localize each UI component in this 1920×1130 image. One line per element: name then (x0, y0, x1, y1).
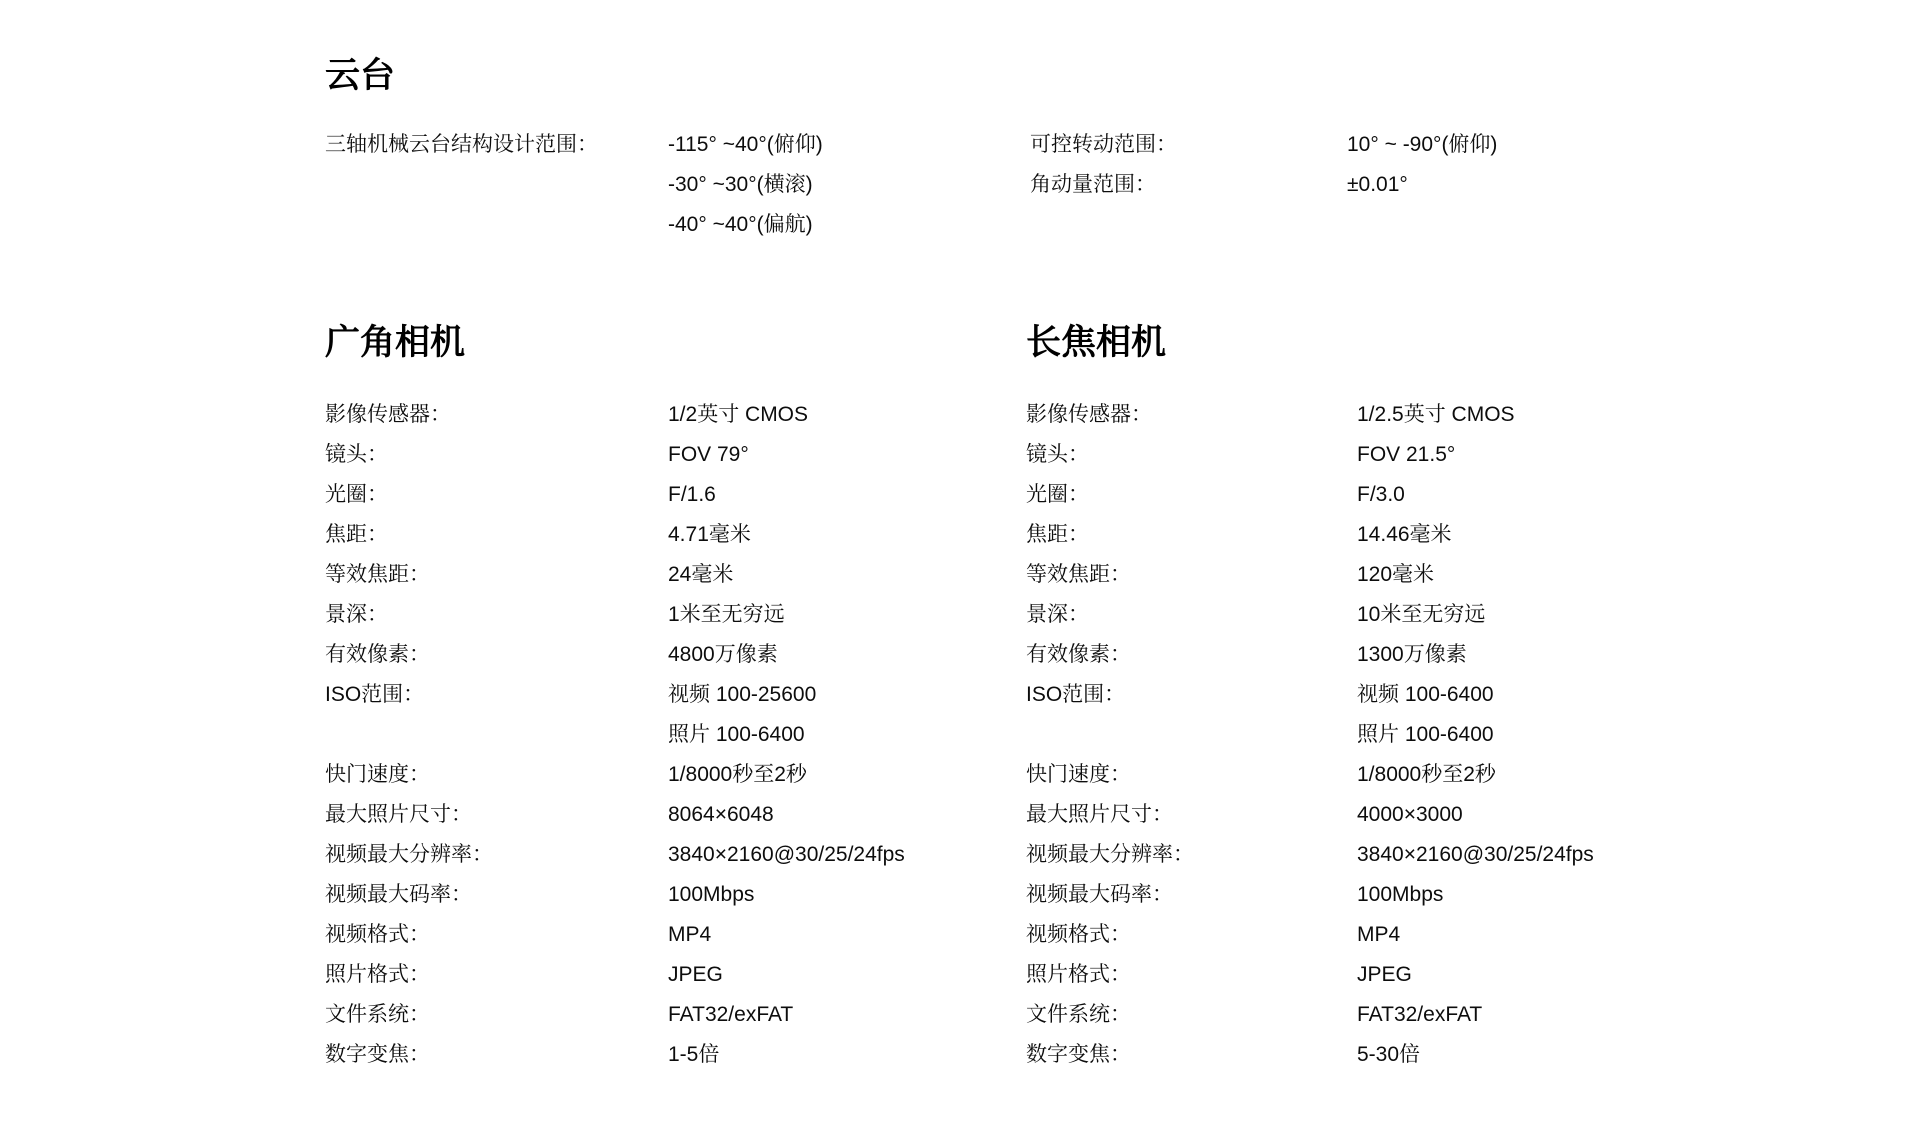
spec-value-line: MP4 (668, 915, 711, 955)
spec-value-line: JPEG (668, 955, 723, 995)
spec-value-line: 24毫米 (668, 555, 733, 595)
spec-value: ±0.01° (1347, 165, 1408, 205)
spec-row: 照片格式：JPEG (325, 955, 905, 995)
tele-camera-section-title: 长焦相机 (1026, 322, 1166, 364)
spec-row: 影像传感器：1/2英寸 CMOS (325, 395, 905, 435)
spec-value: MP4 (668, 915, 711, 955)
spec-label: 数字变焦： (1026, 1035, 1357, 1075)
spec-value-line: FOV 79° (668, 435, 749, 475)
spec-label: ISO范围： (1026, 675, 1357, 715)
spec-row: 最大照片尺寸：4000×3000 (1026, 795, 1594, 835)
spec-label: 可控转动范围： (1030, 125, 1347, 165)
spec-row: 有效像素：4800万像素 (325, 635, 905, 675)
spec-label: 有效像素： (325, 635, 668, 675)
spec-value: 8064×6048 (668, 795, 774, 835)
spec-row: 最大照片尺寸：8064×6048 (325, 795, 905, 835)
spec-label: 光圈： (325, 475, 668, 515)
spec-value-line: FAT32/exFAT (668, 995, 793, 1035)
spec-value: 100Mbps (1357, 875, 1443, 915)
spec-row: 光圈：F/1.6 (325, 475, 905, 515)
spec-label: 文件系统： (1026, 995, 1357, 1035)
spec-label: 角动量范围： (1030, 165, 1347, 205)
spec-value-line: 3840×2160@30/25/24fps (668, 835, 905, 875)
spec-value-line: FOV 21.5° (1357, 435, 1455, 475)
spec-label: 光圈： (1026, 475, 1357, 515)
spec-row: ISO范围：视频 100-25600照片 100-6400 (325, 675, 905, 755)
spec-row: 等效焦距：24毫米 (325, 555, 905, 595)
spec-value-line: 1/2英寸 CMOS (668, 395, 808, 435)
spec-label: 镜头： (1026, 435, 1357, 475)
spec-row: 数字变焦：1-5倍 (325, 1035, 905, 1075)
spec-row: 视频最大码率：100Mbps (1026, 875, 1594, 915)
spec-value-line: 10° ~ -90°(俯仰) (1347, 125, 1497, 165)
spec-label: 有效像素： (1026, 635, 1357, 675)
spec-row: 快门速度：1/8000秒至2秒 (325, 755, 905, 795)
spec-value: MP4 (1357, 915, 1400, 955)
spec-value: FAT32/exFAT (668, 995, 793, 1035)
spec-label: ISO范围： (325, 675, 668, 715)
spec-value-line: 1-5倍 (668, 1035, 719, 1075)
spec-row: 光圈：F/3.0 (1026, 475, 1594, 515)
spec-row: 快门速度：1/8000秒至2秒 (1026, 755, 1594, 795)
spec-value-line: 1/2.5英寸 CMOS (1357, 395, 1515, 435)
spec-value-line: 视频 100-6400 (1357, 675, 1494, 715)
spec-value: 1/8000秒至2秒 (668, 755, 807, 795)
spec-value-line: 1/8000秒至2秒 (1357, 755, 1496, 795)
spec-value: FOV 79° (668, 435, 749, 475)
spec-label: 视频格式： (325, 915, 668, 955)
spec-row: 文件系统：FAT32/exFAT (325, 995, 905, 1035)
spec-value: 5-30倍 (1357, 1035, 1420, 1075)
spec-value: F/3.0 (1357, 475, 1405, 515)
spec-row: 镜头：FOV 21.5° (1026, 435, 1594, 475)
spec-label: 数字变焦： (325, 1035, 668, 1075)
spec-row: ISO范围：视频 100-6400照片 100-6400 (1026, 675, 1594, 755)
spec-label: 视频最大码率： (1026, 875, 1357, 915)
spec-row: 三轴机械云台结构设计范围：-115° ~40°(俯仰)-30° ~30°(横滚)… (325, 125, 823, 245)
spec-value: 1/2.5英寸 CMOS (1357, 395, 1515, 435)
spec-row: 视频最大分辨率：3840×2160@30/25/24fps (1026, 835, 1594, 875)
spec-row: 照片格式：JPEG (1026, 955, 1594, 995)
spec-label: 焦距： (325, 515, 668, 555)
tele-camera-spec-list: 影像传感器：1/2.5英寸 CMOS镜头：FOV 21.5°光圈：F/3.0焦距… (1026, 395, 1594, 1075)
spec-row: 等效焦距：120毫米 (1026, 555, 1594, 595)
spec-row: 视频格式：MP4 (325, 915, 905, 955)
spec-value-line: F/3.0 (1357, 475, 1405, 515)
spec-label: 焦距： (1026, 515, 1357, 555)
spec-value: 3840×2160@30/25/24fps (1357, 835, 1594, 875)
spec-value-line: -30° ~30°(横滚) (668, 165, 823, 205)
spec-row: 可控转动范围：10° ~ -90°(俯仰) (1030, 125, 1497, 165)
spec-value-line: 4000×3000 (1357, 795, 1463, 835)
spec-label: 影像传感器： (1026, 395, 1357, 435)
spec-value: 4800万像素 (668, 635, 778, 675)
spec-value: -115° ~40°(俯仰)-30° ~30°(横滚)-40° ~40°(偏航) (668, 125, 823, 245)
spec-row: 景深：1米至无穷远 (325, 595, 905, 635)
spec-value-line: 3840×2160@30/25/24fps (1357, 835, 1594, 875)
spec-value-line: 10米至无穷远 (1357, 595, 1485, 635)
spec-value: 视频 100-25600照片 100-6400 (668, 675, 816, 755)
spec-row: 角动量范围：±0.01° (1030, 165, 1497, 205)
spec-value: JPEG (668, 955, 723, 995)
spec-label: 视频格式： (1026, 915, 1357, 955)
spec-value-line: 1米至无穷远 (668, 595, 785, 635)
spec-value: 24毫米 (668, 555, 733, 595)
spec-row: 文件系统：FAT32/exFAT (1026, 995, 1594, 1035)
spec-value-line: 100Mbps (1357, 875, 1443, 915)
spec-label: 最大照片尺寸： (325, 795, 668, 835)
spec-value: 10米至无穷远 (1357, 595, 1485, 635)
spec-value: 120毫米 (1357, 555, 1434, 595)
spec-value: 100Mbps (668, 875, 754, 915)
gimbal-control-spec-list: 可控转动范围：10° ~ -90°(俯仰)角动量范围：±0.01° (1030, 125, 1497, 205)
spec-row: 焦距：14.46毫米 (1026, 515, 1594, 555)
spec-value-line: 120毫米 (1357, 555, 1434, 595)
spec-label: 景深： (325, 595, 668, 635)
spec-row: 视频最大分辨率：3840×2160@30/25/24fps (325, 835, 905, 875)
spec-row: 有效像素：1300万像素 (1026, 635, 1594, 675)
spec-row: 视频最大码率：100Mbps (325, 875, 905, 915)
spec-row: 镜头：FOV 79° (325, 435, 905, 475)
gimbal-structure-spec-list: 三轴机械云台结构设计范围：-115° ~40°(俯仰)-30° ~30°(横滚)… (325, 125, 823, 245)
spec-label: 视频最大分辨率： (325, 835, 668, 875)
spec-value: FAT32/exFAT (1357, 995, 1482, 1035)
spec-label: 视频最大码率： (325, 875, 668, 915)
spec-value-line: -40° ~40°(偏航) (668, 205, 823, 245)
spec-value-line: 100Mbps (668, 875, 754, 915)
wide-camera-spec-list: 影像传感器：1/2英寸 CMOS镜头：FOV 79°光圈：F/1.6焦距：4.7… (325, 395, 905, 1075)
spec-row: 焦距：4.71毫米 (325, 515, 905, 555)
spec-value-line: FAT32/exFAT (1357, 995, 1482, 1035)
spec-label: 景深： (1026, 595, 1357, 635)
spec-value: 视频 100-6400照片 100-6400 (1357, 675, 1494, 755)
spec-value: 10° ~ -90°(俯仰) (1347, 125, 1497, 165)
spec-value: 4.71毫米 (668, 515, 751, 555)
spec-label: 照片格式： (325, 955, 668, 995)
spec-value-line: 照片 100-6400 (668, 715, 816, 755)
spec-value: 3840×2160@30/25/24fps (668, 835, 905, 875)
spec-label: 文件系统： (325, 995, 668, 1035)
spec-value: 14.46毫米 (1357, 515, 1452, 555)
spec-value-line: JPEG (1357, 955, 1412, 995)
spec-value-line: 14.46毫米 (1357, 515, 1452, 555)
spec-value: 4000×3000 (1357, 795, 1463, 835)
spec-label: 快门速度： (325, 755, 668, 795)
spec-row: 影像传感器：1/2.5英寸 CMOS (1026, 395, 1594, 435)
spec-value: 1/2英寸 CMOS (668, 395, 808, 435)
spec-row: 景深：10米至无穷远 (1026, 595, 1594, 635)
spec-value: 1-5倍 (668, 1035, 719, 1075)
spec-value-line: 5-30倍 (1357, 1035, 1420, 1075)
spec-value-line: 4.71毫米 (668, 515, 751, 555)
spec-label: 等效焦距： (325, 555, 668, 595)
spec-value-line: 视频 100-25600 (668, 675, 816, 715)
spec-value-line: 1300万像素 (1357, 635, 1467, 675)
spec-label: 影像传感器： (325, 395, 668, 435)
spec-value: JPEG (1357, 955, 1412, 995)
gimbal-section-title: 云台 (325, 55, 395, 97)
spec-value: 1/8000秒至2秒 (1357, 755, 1496, 795)
spec-label: 三轴机械云台结构设计范围： (325, 125, 668, 165)
spec-value-line: 4800万像素 (668, 635, 778, 675)
spec-value-line: 1/8000秒至2秒 (668, 755, 807, 795)
spec-value-line: 照片 100-6400 (1357, 715, 1494, 755)
spec-label: 镜头： (325, 435, 668, 475)
spec-value-line: 8064×6048 (668, 795, 774, 835)
spec-label: 视频最大分辨率： (1026, 835, 1357, 875)
spec-value: 1300万像素 (1357, 635, 1467, 675)
spec-label: 等效焦距： (1026, 555, 1357, 595)
spec-row: 数字变焦：5-30倍 (1026, 1035, 1594, 1075)
spec-value-line: MP4 (1357, 915, 1400, 955)
spec-value: 1米至无穷远 (668, 595, 785, 635)
spec-value: FOV 21.5° (1357, 435, 1455, 475)
spec-value-line: F/1.6 (668, 475, 716, 515)
spec-value-line: ±0.01° (1347, 165, 1408, 205)
spec-label: 照片格式： (1026, 955, 1357, 995)
spec-row: 视频格式：MP4 (1026, 915, 1594, 955)
spec-value: F/1.6 (668, 475, 716, 515)
spec-label: 快门速度： (1026, 755, 1357, 795)
wide-camera-section-title: 广角相机 (325, 322, 465, 364)
spec-label: 最大照片尺寸： (1026, 795, 1357, 835)
spec-value-line: -115° ~40°(俯仰) (668, 125, 823, 165)
